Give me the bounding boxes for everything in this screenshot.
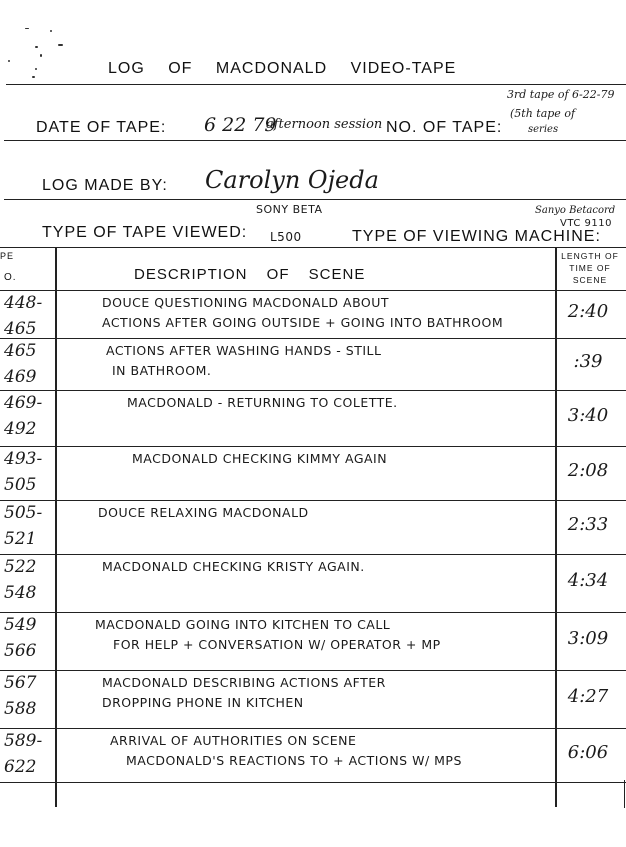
frame-end: 469 bbox=[4, 364, 36, 390]
row-divider bbox=[0, 500, 626, 501]
scene-length: 2:08 bbox=[560, 460, 616, 481]
frame-start: 448- bbox=[4, 290, 42, 316]
frame-range: 469-492 bbox=[4, 390, 42, 442]
scene-description: dropping phone in kitchen bbox=[102, 693, 304, 713]
frame-start: 505- bbox=[4, 500, 42, 526]
frame-start: 549 bbox=[4, 612, 36, 638]
log-made-by-label: Log Made By: bbox=[42, 177, 168, 195]
frame-end: 548 bbox=[4, 580, 36, 606]
tape-type-value: Sony Beta bbox=[256, 203, 322, 216]
row-divider bbox=[0, 554, 626, 555]
frame-end: 566 bbox=[4, 638, 36, 664]
frame-range: 549566 bbox=[4, 612, 36, 664]
column-divider bbox=[624, 780, 625, 808]
row-divider bbox=[0, 612, 626, 613]
form-title: Log of MacDonald Video-Tape bbox=[108, 60, 456, 78]
row-divider bbox=[0, 670, 626, 671]
frame-range: 505-521 bbox=[4, 500, 42, 552]
viewing-machine-value: Sanyo Betacord bbox=[535, 205, 615, 216]
frame-start: 465 bbox=[4, 338, 36, 364]
scene-description: MacDonald - returning to Colette. bbox=[127, 393, 398, 413]
tape-type-value: L500 bbox=[270, 230, 302, 244]
column-header-length: Length of Time of Scene bbox=[557, 250, 623, 286]
frame-range: 567588 bbox=[4, 670, 36, 722]
frame-range: 448-465 bbox=[4, 290, 42, 342]
scene-description: for help + conversation w/ operator + MP bbox=[113, 635, 441, 655]
divider bbox=[4, 199, 626, 200]
tape-number-note: series bbox=[528, 124, 558, 135]
scene-description: MacDonald checking Kristy again. bbox=[102, 557, 365, 577]
row-divider bbox=[0, 446, 626, 447]
frame-start: 567 bbox=[4, 670, 36, 696]
tape-number-label: No. of Tape: bbox=[386, 119, 502, 137]
frame-range: 589-622 bbox=[4, 728, 42, 780]
scene-description: MacDonald's reactions to + actions w/ MP… bbox=[126, 751, 462, 771]
row-divider bbox=[0, 728, 626, 729]
column-header-description: Description of Scene bbox=[134, 266, 365, 283]
frame-end: 622 bbox=[4, 754, 42, 780]
viewing-machine-value: VTC 9110 bbox=[560, 218, 612, 229]
column-header-frame-no: pe bbox=[0, 251, 14, 261]
date-of-tape-note: afternoon session bbox=[266, 117, 382, 132]
scene-length: 3:09 bbox=[560, 628, 616, 649]
divider bbox=[4, 140, 626, 141]
frame-start: 589- bbox=[4, 728, 42, 754]
row-divider bbox=[0, 290, 626, 291]
frame-end: 588 bbox=[4, 696, 36, 722]
tape-number-note: (5th tape of bbox=[510, 107, 575, 120]
date-of-tape-label: Date of Tape: bbox=[36, 119, 166, 137]
column-divider bbox=[555, 247, 557, 807]
frame-start: 493- bbox=[4, 446, 42, 472]
scene-description: MacDonald going into kitchen to call bbox=[95, 615, 390, 635]
scene-description: Douce relaxing MacDonald bbox=[98, 503, 309, 523]
scene-length: :39 bbox=[560, 351, 616, 372]
frame-range: 522548 bbox=[4, 554, 36, 606]
frame-start: 522 bbox=[4, 554, 36, 580]
scene-description: MacDonald checking Kimmy again bbox=[132, 449, 387, 469]
frame-end: 521 bbox=[4, 526, 42, 552]
row-divider bbox=[0, 338, 626, 339]
scene-length: 4:34 bbox=[560, 570, 616, 591]
frame-end: 492 bbox=[4, 416, 42, 442]
column-header-frame-no: o. bbox=[4, 272, 17, 283]
column-divider bbox=[55, 247, 57, 807]
row-divider bbox=[0, 390, 626, 391]
tape-number-note: 3rd tape of 6-22-79 bbox=[507, 88, 614, 101]
frame-range: 493-505 bbox=[4, 446, 42, 498]
scene-length: 4:27 bbox=[560, 686, 616, 707]
frame-start: 469- bbox=[4, 390, 42, 416]
scene-description: Arrival of authorities on scene bbox=[110, 731, 356, 751]
table-top-border bbox=[0, 247, 626, 248]
scene-length: 2:40 bbox=[560, 301, 616, 322]
frame-range: 465469 bbox=[4, 338, 36, 390]
frame-end: 505 bbox=[4, 472, 42, 498]
scene-length: 6:06 bbox=[560, 742, 616, 763]
row-divider bbox=[0, 782, 626, 783]
scene-length: 2:33 bbox=[560, 514, 616, 535]
scene-description: in bathroom. bbox=[112, 361, 211, 381]
scene-description: MacDonald describing actions after bbox=[102, 673, 386, 693]
tape-type-label: Type of Tape Viewed: bbox=[42, 224, 247, 242]
scene-description: Douce questioning MacDonald about bbox=[102, 293, 389, 313]
divider bbox=[6, 84, 626, 85]
scene-length: 3:40 bbox=[560, 405, 616, 426]
log-made-by-signature: Carolyn Ojeda bbox=[205, 166, 379, 194]
scene-description: actions after going outside + going into… bbox=[102, 313, 503, 333]
viewing-machine-label: Type of Viewing Machine: bbox=[352, 228, 601, 246]
scene-description: Actions after washing hands - still bbox=[106, 341, 381, 361]
